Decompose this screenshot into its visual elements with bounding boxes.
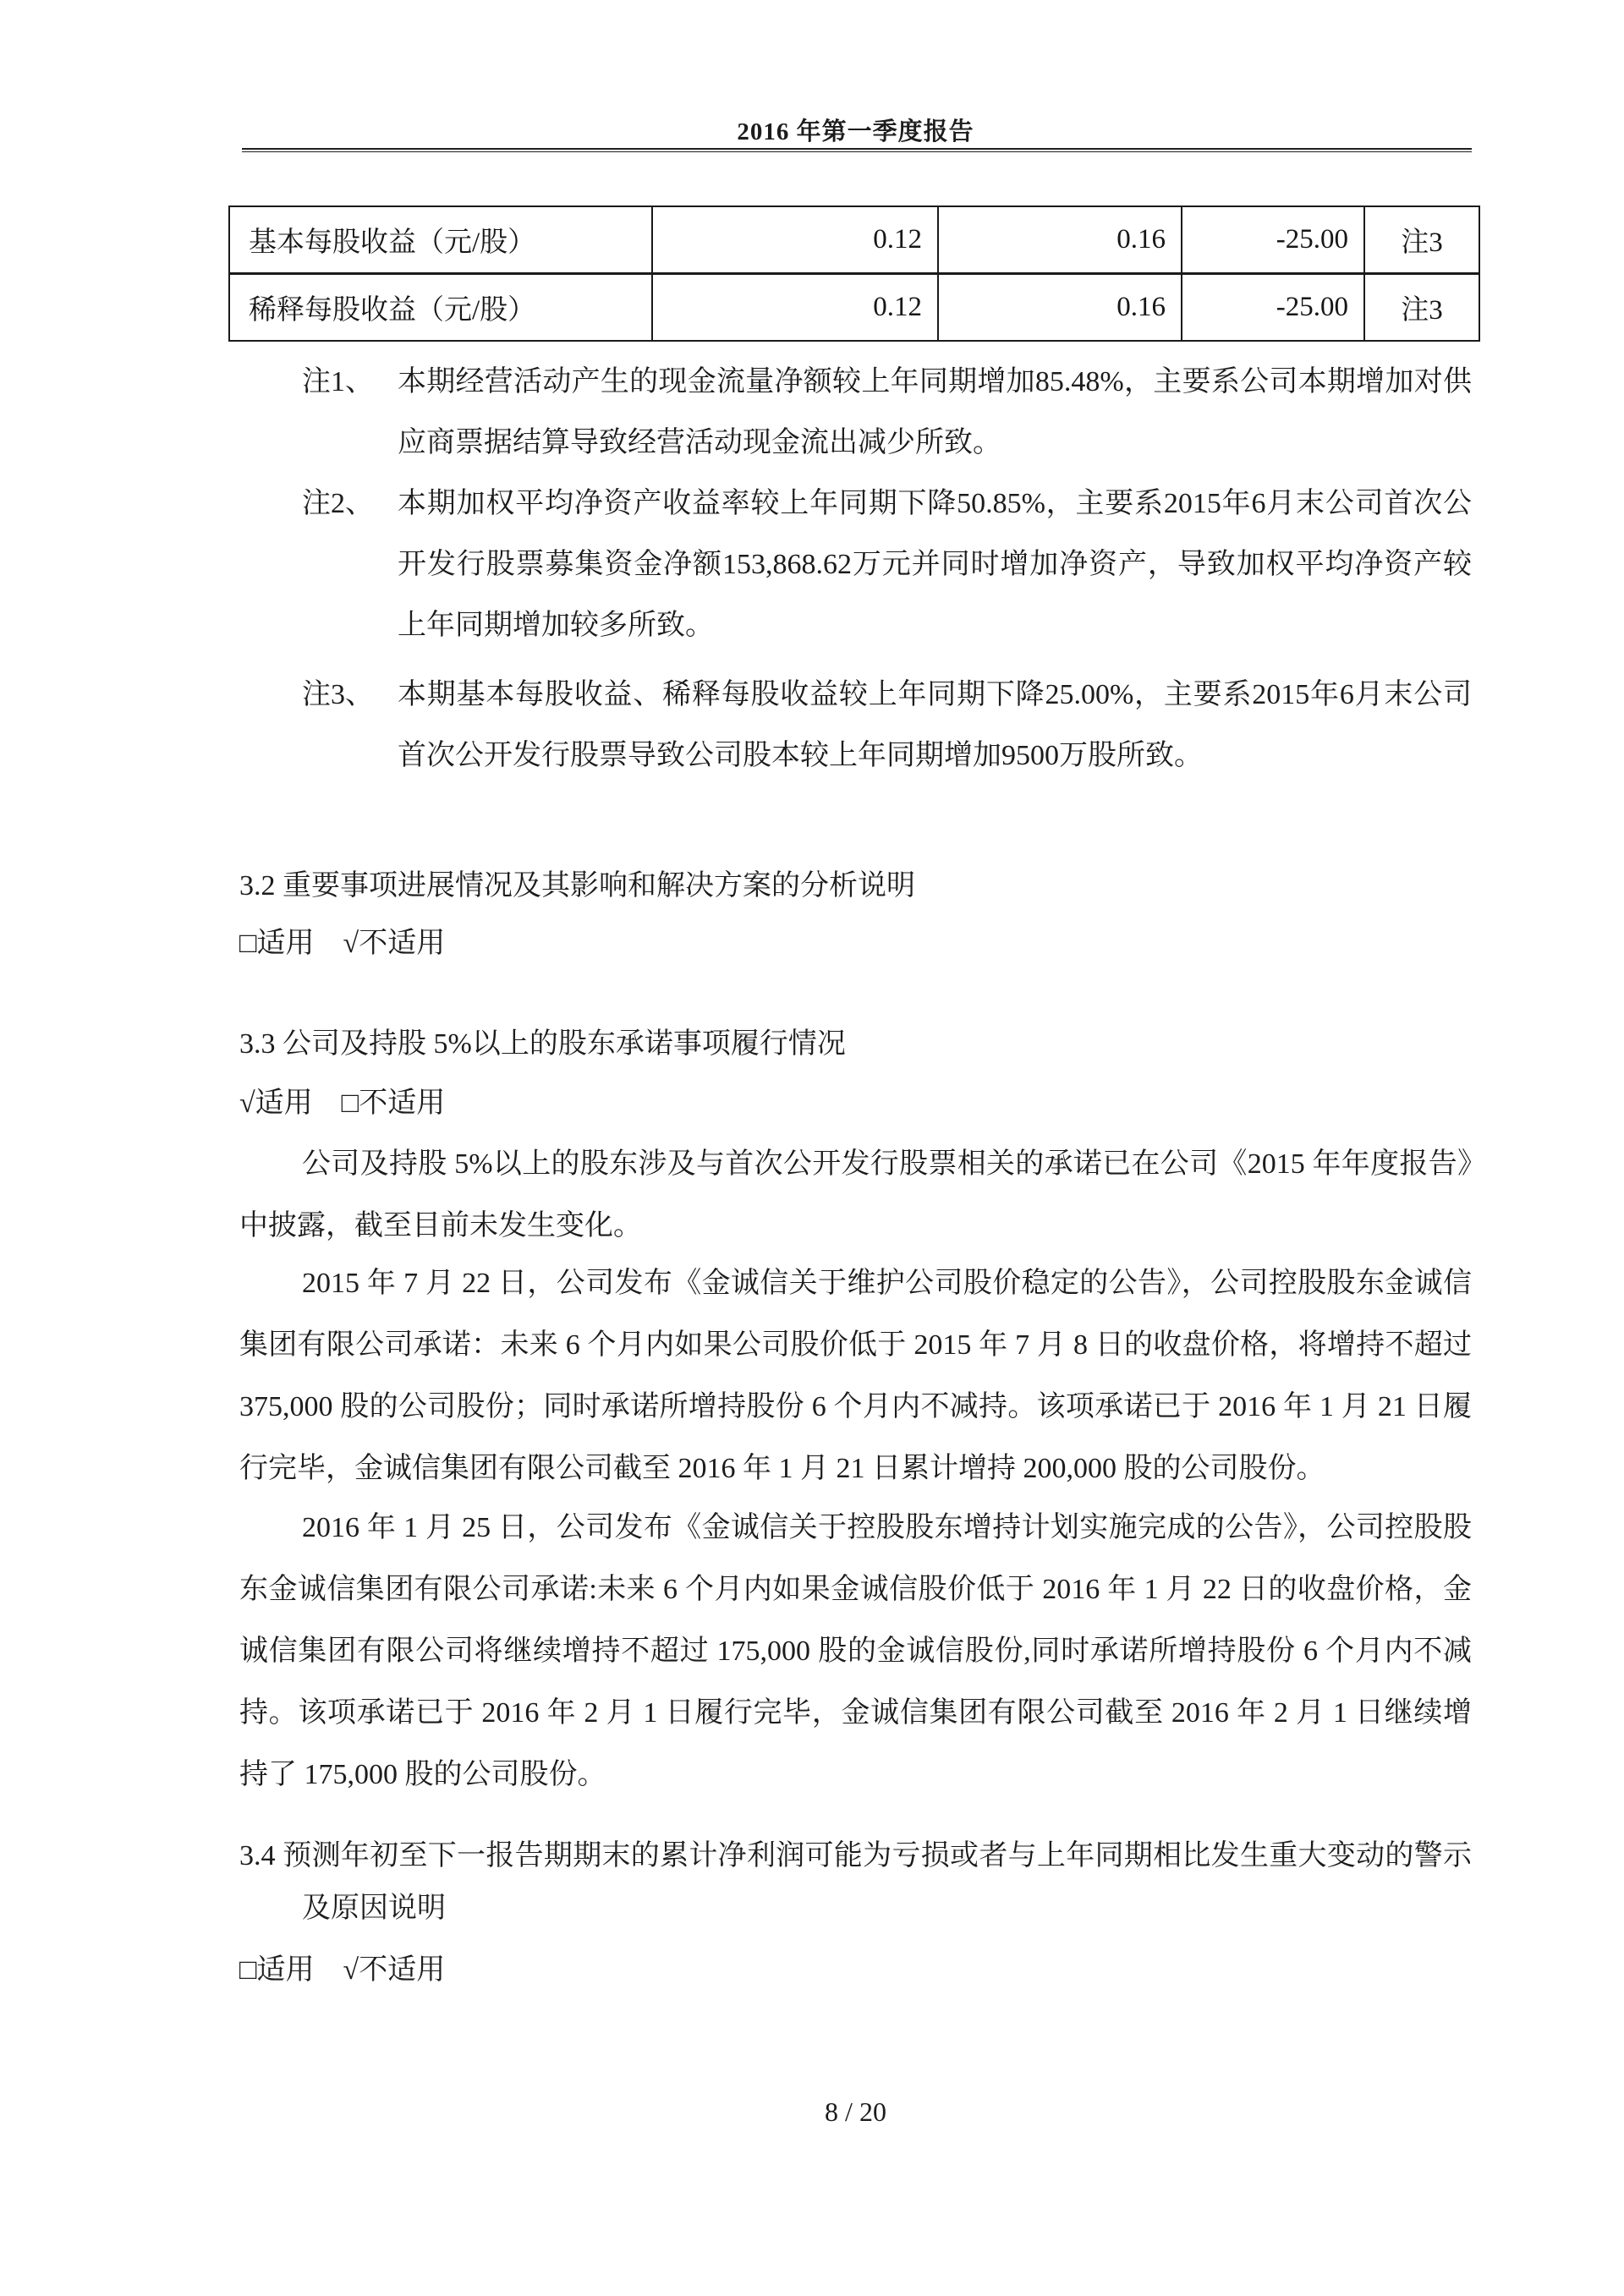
checkbox-applicable: √适用 (239, 1088, 313, 1119)
section-3-2-applicability: □适用√不适用 (239, 914, 1472, 973)
footnote-1-text: 本期经营活动产生的现金流量净额较上年同期增加85.48%，主要系公司本期增加对供… (398, 366, 1472, 458)
note-ref: 注3 (1364, 206, 1479, 274)
footnote-3: 注3、 本期基本每股收益、稀释每股收益较上年同期下降25.00%，主要系2015… (239, 665, 1472, 786)
prior-period-value: 0.16 (938, 206, 1182, 274)
current-period-value: 0.12 (652, 274, 938, 342)
footnote-1-label: 注1、 (302, 352, 374, 413)
checkbox-not-applicable: √不适用 (343, 1954, 446, 1986)
section-3-3-paragraph-3: 2016 年 1 月 25 日，公司发布《金诚信关于控股股东增持计划实施完成的公… (239, 1497, 1472, 1806)
note-ref: 注3 (1364, 274, 1479, 342)
footnote-3-label: 注3、 (302, 665, 374, 726)
change-percent-value: -25.00 (1182, 206, 1364, 274)
section-3-3-heading: 3.3 公司及持股 5%以上的股东承诺事项履行情况 (239, 1015, 1472, 1074)
row-label: 稀释每股收益（元/股） (229, 274, 652, 342)
checkbox-not-applicable: □不适用 (342, 1088, 446, 1119)
section-3-4-heading: 3.4 预测年初至下一报告期期末的累计净利润可能为亏损或者与上年同期相比发生重大… (239, 1830, 1472, 1935)
footnote-3-text: 本期基本每股收益、稀释每股收益较上年同期下降25.00%，主要系2015年6月末… (398, 679, 1472, 771)
current-period-value: 0.12 (652, 206, 938, 274)
footnote-2-text: 本期加权平均净资产收益率较上年同期下降50.85%，主要系2015年6月末公司首… (398, 488, 1472, 641)
section-3-4-applicability: □适用√不适用 (239, 1941, 1472, 2000)
table-row-diluted-eps: 稀释每股收益（元/股） 0.12 0.16 -25.00 注3 (229, 274, 1479, 342)
section-3-3-paragraph-2: 2015 年 7 月 22 日，公司发布《金诚信关于维护公司股价稳定的公告》，公… (239, 1252, 1472, 1499)
table-row-basic-eps: 基本每股收益（元/股） 0.12 0.16 -25.00 注3 (229, 206, 1479, 274)
section-3-3-applicability: √适用□不适用 (239, 1074, 1472, 1133)
page-number: 8 / 20 (239, 2082, 1472, 2141)
section-3-3-paragraph-1: 公司及持股 5%以上的股东涉及与首次公开发行股票相关的承诺已在公司《2015 年… (239, 1133, 1472, 1257)
checkbox-applicable: □适用 (239, 928, 315, 959)
header-rule (242, 148, 1472, 152)
checkbox-not-applicable: √不适用 (343, 928, 446, 959)
eps-table: 基本每股收益（元/股） 0.12 0.16 -25.00 注3 稀释每股收益（元… (228, 205, 1480, 342)
prior-period-value: 0.16 (938, 274, 1182, 342)
page-title: 2016 年第一季度报告 (239, 115, 1472, 149)
footnote-2: 注2、 本期加权平均净资产收益率较上年同期下降50.85%，主要系2015年6月… (239, 474, 1472, 656)
row-label: 基本每股收益（元/股） (229, 206, 652, 274)
checkbox-applicable: □适用 (239, 1954, 315, 1986)
footnote-2-label: 注2、 (302, 474, 374, 534)
footnote-1: 注1、 本期经营活动产生的现金流量净额较上年同期增加85.48%，主要系公司本期… (239, 352, 1472, 474)
section-3-2-heading: 3.2 重要事项进展情况及其影响和解决方案的分析说明 (239, 857, 1472, 916)
change-percent-value: -25.00 (1182, 274, 1364, 342)
